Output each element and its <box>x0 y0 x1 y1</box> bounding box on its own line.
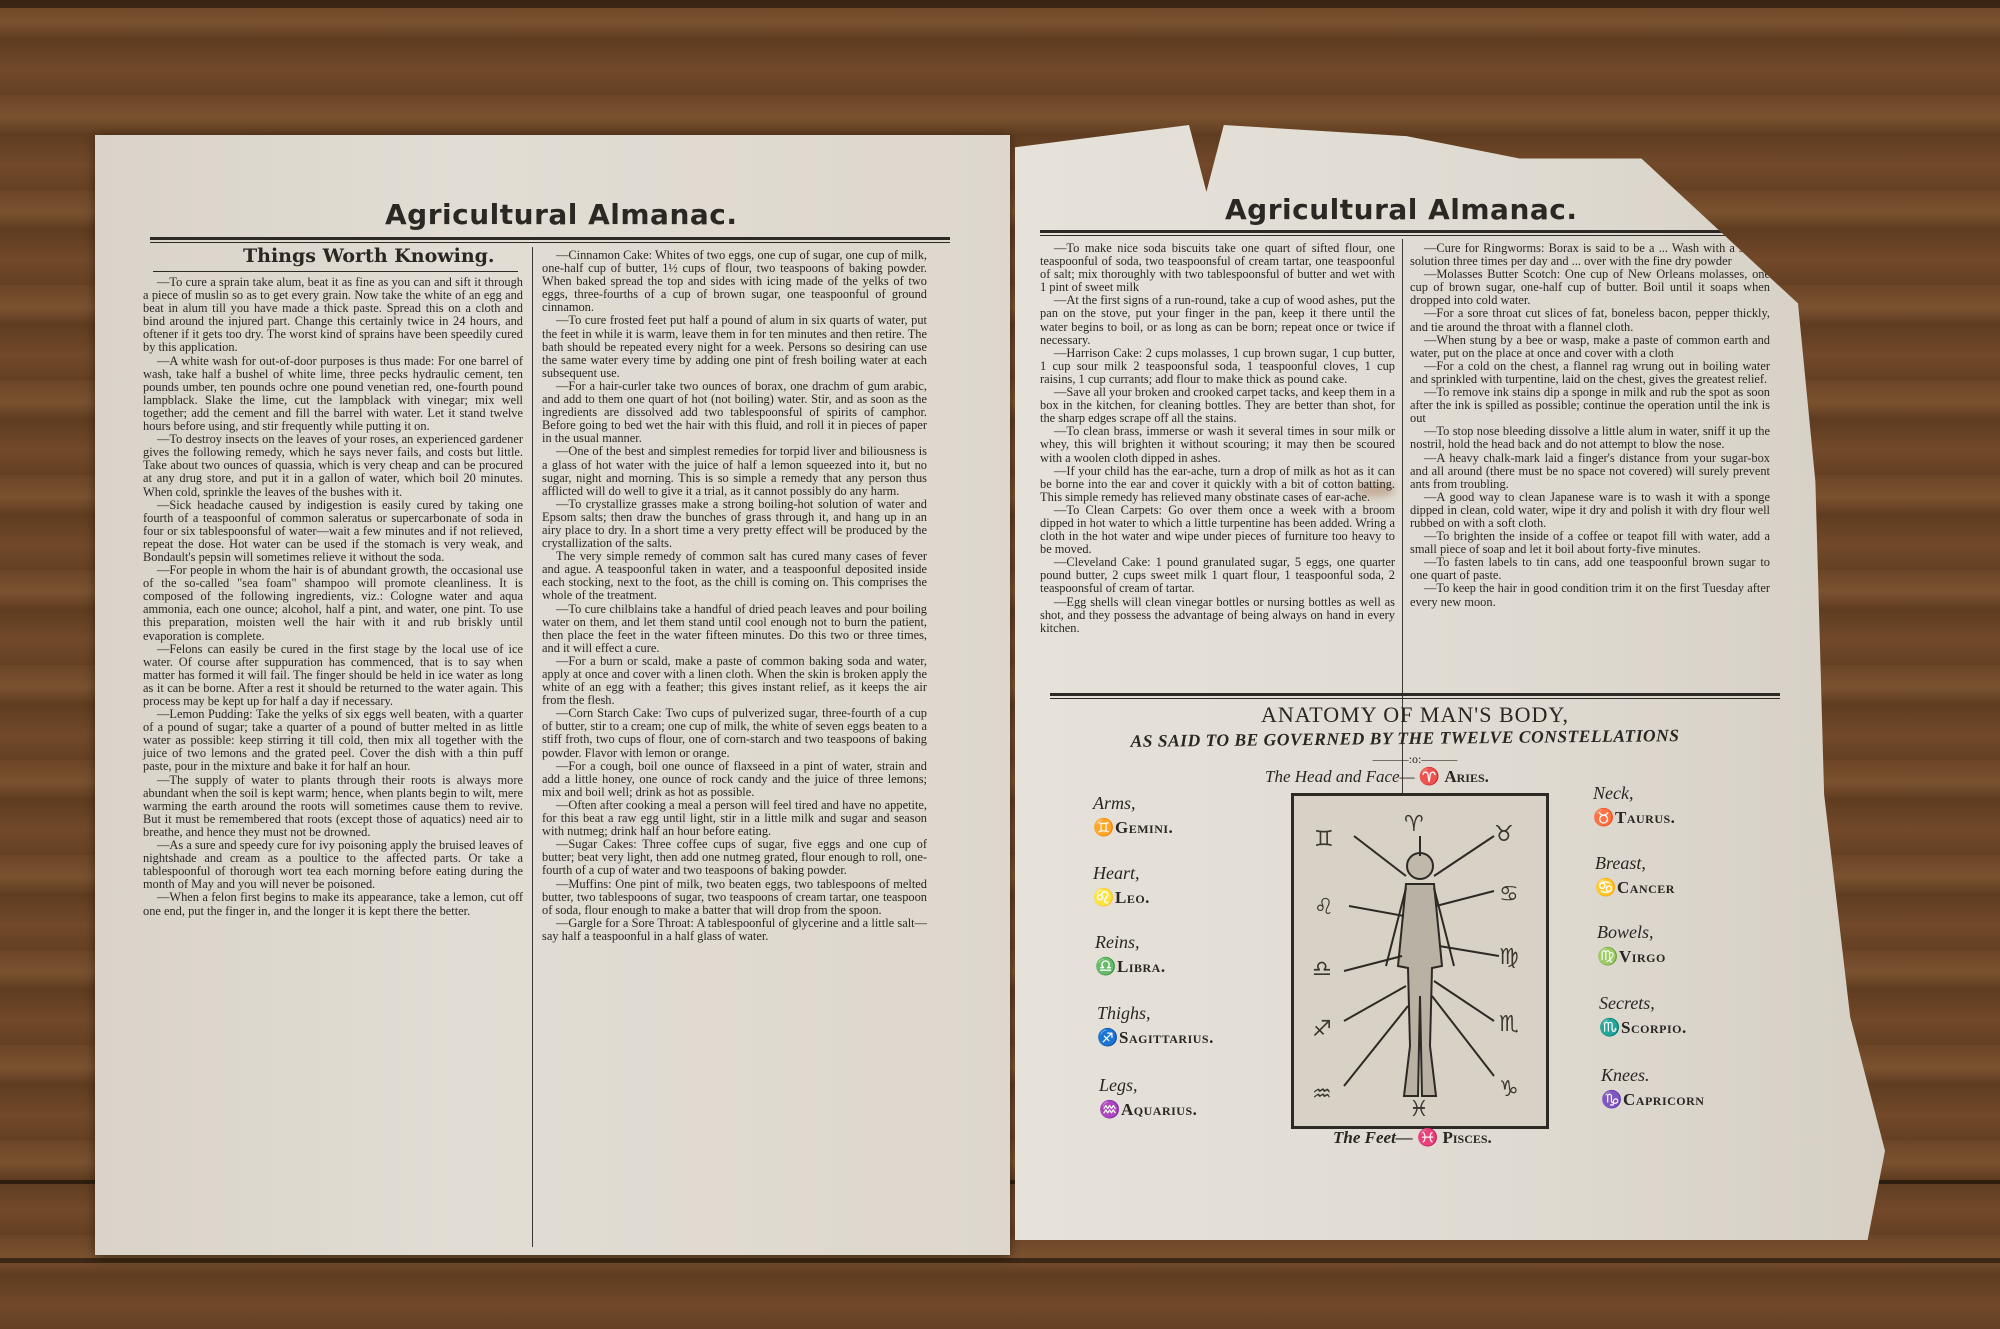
article: —When a felon first begins to make its a… <box>143 891 523 917</box>
article: —Lemon Pudding: Take the yelks of six eg… <box>143 708 523 773</box>
part-reins: Reins, ♎Libra. <box>1095 932 1166 977</box>
article: —To cure chilblains take a handful of dr… <box>542 603 927 655</box>
article: —A white wash for out-of-door purposes i… <box>143 355 523 434</box>
article: —For a burn or scald, make a paste of co… <box>542 655 927 707</box>
sign-name: Pisces. <box>1442 1128 1491 1147</box>
article: —As a sure and speedy cure for ivy poiso… <box>143 839 523 891</box>
page-header: Agricultural Almanac. <box>385 198 738 231</box>
article: —Felons can easily be cured in the first… <box>143 643 523 708</box>
article: —To stop nose bleeding dissolve a little… <box>1410 425 1770 451</box>
section-title: Things Worth Knowing. <box>243 245 495 267</box>
anatomy-title: ANATOMY OF MAN'S BODY, <box>1115 702 1715 728</box>
sign-name: Aries. <box>1444 767 1489 786</box>
article: —To destroy insects on the leaves of you… <box>143 433 523 498</box>
left-almanac-page: Agricultural Almanac. Things Worth Knowi… <box>95 135 1010 1255</box>
header-rule <box>1040 230 1740 233</box>
article: —At the first signs of a run-round, take… <box>1040 294 1395 346</box>
article: —To cure a sprain take alum, beat it as … <box>143 276 523 355</box>
article: —A heavy chalk-mark laid a finger's dist… <box>1410 452 1770 491</box>
article: —For people in whom the hair is of abund… <box>143 564 523 643</box>
article: —To crystallize grasses make a strong bo… <box>542 498 927 550</box>
scorpio-icon: ♏ <box>1599 1018 1621 1038</box>
article: —To keep the hair in good condition trim… <box>1410 582 1770 608</box>
zodiac-man-illustration: ♊♈♉ ♌♋ ♎♍ ♐♏ ♒♓♑ <box>1294 796 1546 1126</box>
article: —If your child has the ear-ache, turn a … <box>1040 465 1395 504</box>
article: —To fasten labels to tin cans, add one t… <box>1410 556 1770 582</box>
header-rule-thin <box>1040 235 1740 236</box>
wood-plank-seam <box>0 0 2000 8</box>
libra-icon: ♎ <box>1095 957 1117 977</box>
article: —Sick headache caused by indigestion is … <box>143 499 523 564</box>
left-column-1: —To cure a sprain take alum, beat it as … <box>143 276 523 918</box>
article: —Muffins: One pint of milk, two beaten e… <box>542 878 927 917</box>
leo-icon: ♌ <box>1093 888 1115 908</box>
svg-text:♉: ♉ <box>1494 822 1514 847</box>
svg-text:♏: ♏ <box>1499 1012 1519 1037</box>
feet-label: The Feet— ♓ Pisces. <box>1333 1128 1492 1148</box>
wood-plank-seam <box>0 1258 2000 1263</box>
part-legs: Legs, ♒Aquarius. <box>1099 1075 1197 1120</box>
article: —Harrison Cake: 2 cups molasses, 1 cup b… <box>1040 347 1395 386</box>
part-secrets: Secrets, ♏Scorpio. <box>1599 993 1687 1038</box>
svg-text:♐: ♐ <box>1312 1017 1332 1042</box>
part-heart: Heart, ♌Leo. <box>1093 863 1150 908</box>
article: —One of the best and simplest remedies f… <box>542 445 927 497</box>
article: —Cinnamon Cake: Whites of two eggs, one … <box>542 249 927 314</box>
part-thighs: Thighs, ♐Sagittarius. <box>1097 1003 1214 1048</box>
article: —A good way to clean Japanese ware is to… <box>1410 491 1770 530</box>
svg-text:♊: ♊ <box>1314 827 1334 852</box>
body-part: The Head and Face— <box>1265 767 1415 786</box>
cancer-icon: ♋ <box>1595 878 1617 898</box>
article: —The supply of water to plants through t… <box>143 774 523 839</box>
capricorn-icon: ♑ <box>1601 1090 1623 1110</box>
article: —To Clean Carpets: Go over them once a w… <box>1040 504 1395 556</box>
left-column-2: —Cinnamon Cake: Whites of two eggs, one … <box>542 249 927 943</box>
article: —Corn Starch Cake: Two cups of pulverize… <box>542 707 927 759</box>
article: —Molasses Butter Scotch: One cup of New … <box>1410 268 1770 307</box>
svg-text:♑: ♑ <box>1499 1077 1519 1102</box>
article: —For a hair-curler take two ounces of bo… <box>542 380 927 445</box>
body-part: The Feet— <box>1333 1128 1413 1147</box>
right-column-2: —Cure for Ringworms: Borax is said to be… <box>1410 242 1770 609</box>
article: —To make nice soda biscuits take one qua… <box>1040 242 1395 294</box>
article: —Gargle for a Sore Throat: A tablespoonf… <box>542 917 927 943</box>
svg-text:♎: ♎ <box>1312 957 1332 982</box>
article: —Sugar Cakes: Three coffee cups of sugar… <box>542 838 927 877</box>
article: —Cleveland Cake: 1 pound granulated suga… <box>1040 556 1395 595</box>
zodiac-man-woodcut: ♊♈♉ ♌♋ ♎♍ ♐♏ ♒♓♑ <box>1291 793 1549 1129</box>
page-header: Agricultural Almanac. <box>1225 193 1578 226</box>
article: —Often after cooking a meal a person wil… <box>542 799 927 838</box>
part-knees: Knees. ♑Capricorn <box>1601 1065 1704 1110</box>
article: —For a cough, boil one ounce of flaxseed… <box>542 760 927 799</box>
article: —To cure frosted feet put half a pound o… <box>542 314 927 379</box>
article: —Save all your broken and crooked carpet… <box>1040 386 1395 425</box>
article: —To remove ink stains dip a sponge in mi… <box>1410 386 1770 425</box>
article: The very simple remedy of common salt ha… <box>542 550 927 602</box>
section-rule <box>153 271 518 272</box>
svg-text:♒: ♒ <box>1312 1082 1332 1107</box>
head-face-label: The Head and Face— ♈ Aries. <box>1265 767 1489 787</box>
taurus-icon: ♉ <box>1593 808 1615 828</box>
svg-text:♈: ♈ <box>1404 812 1424 837</box>
column-divider <box>532 247 533 1247</box>
aries-icon: ♈ <box>1419 767 1440 786</box>
anatomy-subtitle: AS SAID TO BE GOVERNED BY THE TWELVE CON… <box>1035 724 1775 753</box>
part-neck: Neck, ♉Taurus. <box>1593 783 1675 828</box>
article: —Cure for Ringworms: Borax is said to be… <box>1410 242 1770 268</box>
part-arms: Arms, ♊Gemini. <box>1093 793 1173 838</box>
svg-text:♓: ♓ <box>1409 1097 1429 1122</box>
part-bowels: Bowels, ♍Virgo <box>1597 922 1666 967</box>
virgo-icon: ♍ <box>1597 947 1619 967</box>
article: —To brighten the inside of a coffee or t… <box>1410 530 1770 556</box>
anatomy-top-rule-thin <box>1050 698 1780 699</box>
article: —To clean brass, immerse or wash it seve… <box>1040 425 1395 464</box>
svg-text:♋: ♋ <box>1499 882 1519 907</box>
svg-text:♍: ♍ <box>1499 945 1519 970</box>
aquarius-icon: ♒ <box>1099 1100 1121 1120</box>
pisces-icon: ♓ <box>1417 1128 1438 1147</box>
right-column-1: —To make nice soda biscuits take one qua… <box>1040 242 1395 635</box>
article: —For a cold on the chest, a flannel rag … <box>1410 360 1770 386</box>
article: —Egg shells will clean vinegar bottles o… <box>1040 596 1395 635</box>
header-rule-thin <box>150 242 950 243</box>
header-rule <box>150 237 950 240</box>
article: —When stung by a bee or wasp, make a pas… <box>1410 334 1770 360</box>
right-almanac-page: Agricultural Almanac. —To make nice soda… <box>1015 125 1885 1240</box>
svg-text:♌: ♌ <box>1314 895 1334 920</box>
part-breast: Breast, ♋Cancer <box>1595 853 1675 898</box>
gemini-icon: ♊ <box>1093 818 1115 838</box>
sagittarius-icon: ♐ <box>1097 1028 1119 1048</box>
ornamental-separator: ———:o:——— <box>1315 752 1515 767</box>
anatomy-top-rule <box>1050 693 1780 696</box>
article: —For a sore throat cut slices of fat, bo… <box>1410 307 1770 333</box>
